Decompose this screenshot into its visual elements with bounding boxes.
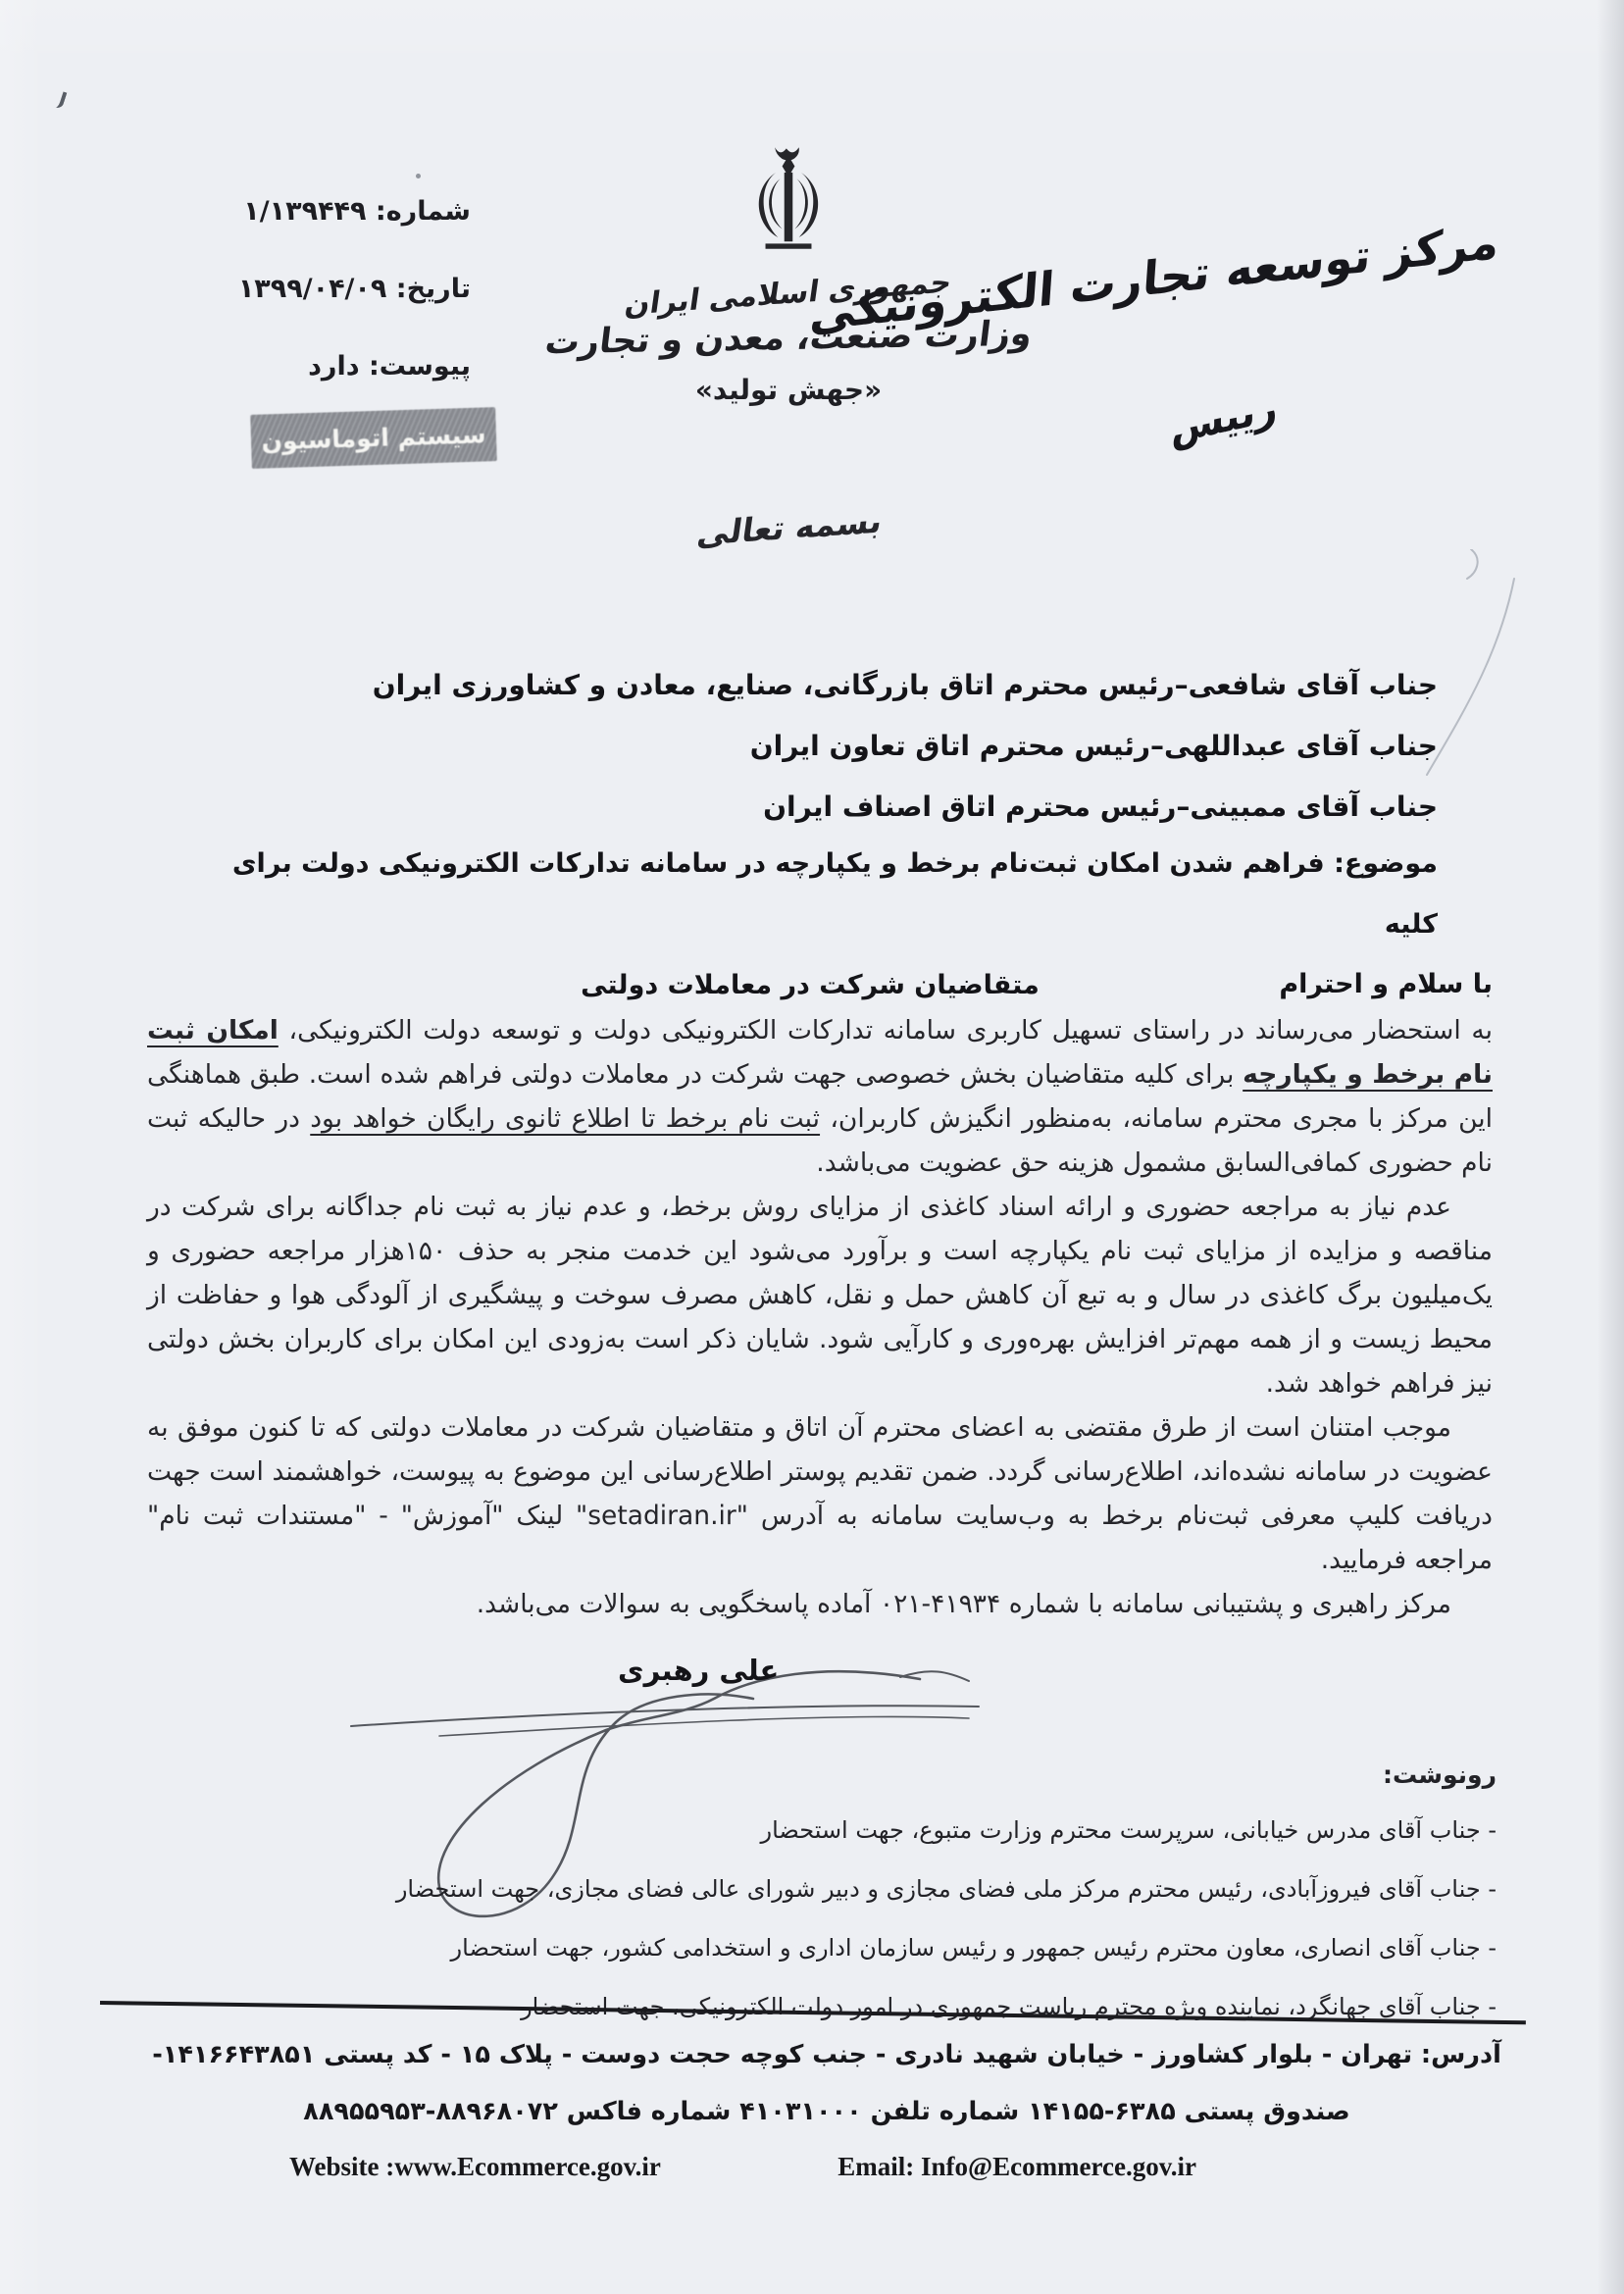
cc-item: - جناب آقای مدرس خیابانی، سرپرست محترم و… [147,1801,1497,1860]
paragraph-1: به استحضار می‌رساند در راستای تسهیل کارب… [147,1008,1493,1185]
paragraph-2: عدم نیاز به مراجعه حضوری و ارائه اسناد ک… [147,1185,1493,1405]
salutation: با سلام و احترام [147,961,1493,1008]
subject-label: موضوع: [1334,848,1438,879]
automation-system-stamp: سیستم اتوماسیون [250,407,497,469]
recipient-line: جناب آقای عبداللهی–رئیس محترم اتاق تعاون… [147,716,1438,777]
letter-body: با سلام و احترام به استحضار می‌رساند در … [147,961,1493,1626]
scanned-letter-page: شماره: ۱/۱۳۹۴۴۹ تاریخ: ۱۳۹۹/۰۴/۰۹ پیوست:… [0,0,1624,2294]
cc-block: رونوشت: - جناب آقای مدرس خیابانی، سرپرست… [147,1750,1497,2036]
cc-item: - جناب آقای فیروزآبادی، رئیس محترم مرکز … [147,1860,1497,1918]
scan-artifact [416,174,421,178]
underlined-phrase: ثبت نام برخط تا اطلاع ثانوی رایگان خواهد… [310,1103,820,1134]
recipient-line: جناب آقای ممبینی–رئیس محترم اتاق اصناف ا… [147,777,1438,838]
bismillah: بسمه تعالی [0,508,1579,546]
year-slogan: «جهش تولید» [0,374,1577,406]
iran-emblem-icon [731,143,846,269]
recipients-block: جناب آقای شافعی–رئیس محترم اتاق بازرگانی… [147,655,1438,838]
cc-item: - جناب آقای انصاری، معاون محترم رئیس جمه… [147,1918,1497,1977]
footer-website: Website :www.Ecommerce.gov.ir [289,2152,661,2182]
paragraph-3: موجب امتنان است از طرق مقتضی به اعضای مح… [147,1405,1493,1582]
ministry-title: وزارت صنعت، معدن و تجارت [0,319,1577,358]
footer-email: Email: Info@Ecommerce.gov.ir [837,2152,1196,2182]
footer-contact: صندوق پستی ‪۱۴۱۵۵-۶۳۸۵‬ شماره تلفن ۴۱۰۳۱… [98,2097,1555,2126]
cc-label: رونوشت: [147,1750,1497,1801]
recipient-line: جناب آقای شافعی–رئیس محترم اتاق بازرگانی… [147,655,1438,716]
scan-artifact [49,88,68,109]
footer-web-row: Website :www.Ecommerce.gov.ir Email: Inf… [289,2152,1196,2182]
footer-address: آدرس: تهران - بلوار کشاورز - خیابان شهید… [98,2040,1555,2069]
signer-name: علی رهبری [618,1654,779,1687]
subject-line1: موضوع: فراهم شدن امکان ثبت‌نام برخط و یک… [182,834,1438,955]
scan-artifact-pen-mark [1402,549,1530,785]
